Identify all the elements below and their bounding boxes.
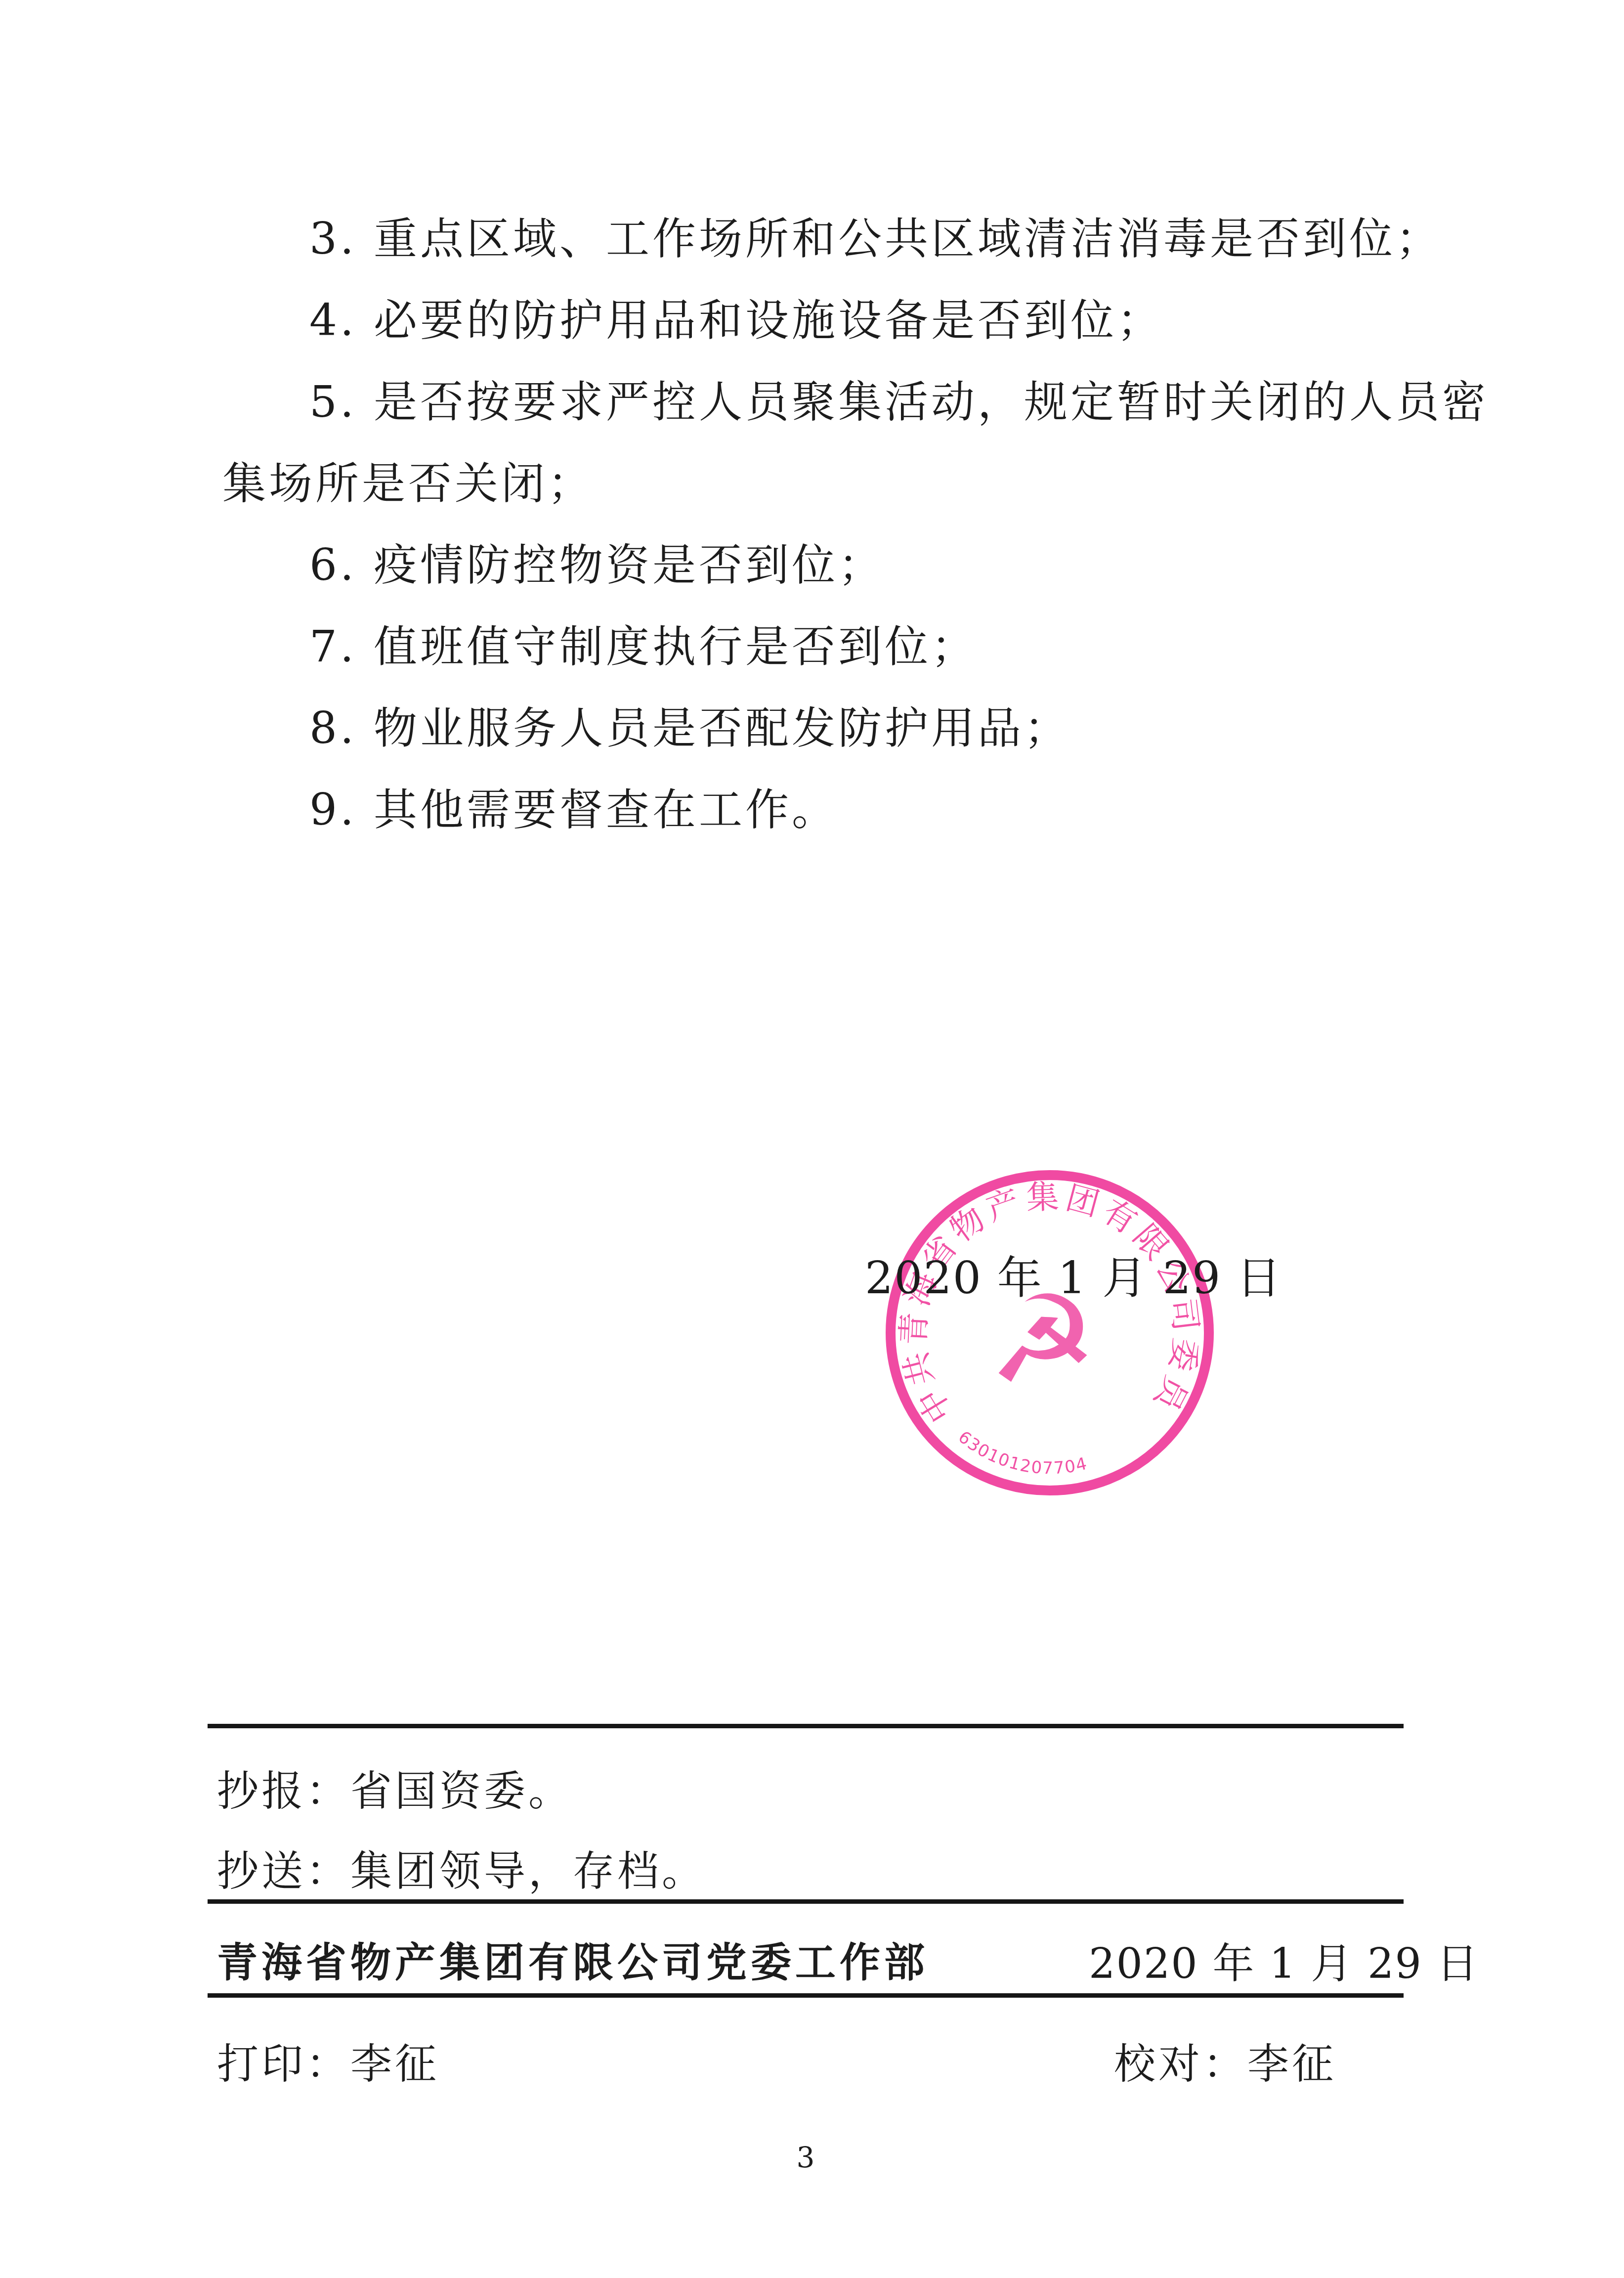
footer-divider-top [208, 1724, 1404, 1728]
footer-divider-middle [208, 1899, 1404, 1904]
document-page: 3. 重点区域、工作场所和公共区域清洁消毒是否到位； 4. 必要的防护用品和设施… [0, 0, 1624, 2278]
official-seal: 中共青海省物产集团有限公司委员会 ☭ 6301012077049 [885, 1169, 1215, 1496]
footer-divider-bottom [208, 1993, 1404, 1998]
list-item: 3. 重点区域、工作场所和公共区域清洁消毒是否到位； [222, 198, 1488, 279]
cc-report-value: 省国资委。 [350, 1767, 573, 1815]
list-item: 8. 物业服务人员是否配发防护用品； [222, 687, 1488, 769]
cc-report-label: 抄报： [217, 1767, 350, 1815]
issuer-row: 青海省物产集团有限公司党委工作部 2020 年 1 月 29 日 [0, 1930, 1624, 1990]
list-item: 6. 疫情防控物资是否到位； [222, 524, 1488, 606]
proofreader-label: 校对： [1114, 2040, 1247, 2088]
printer-line: 打印：李征 [217, 2031, 439, 2091]
list-item-continuation: 集场所是否关闭； [222, 442, 1488, 524]
list-item: 7. 值班值守制度执行是否到位； [222, 606, 1488, 687]
printer-label: 打印： [217, 2040, 350, 2088]
signature-date: 2020 年 1 月 29 日 [865, 1242, 1282, 1306]
page-number: 3 [0, 2141, 1611, 2174]
list-item: 9. 其他需要督查在工作。 [222, 769, 1488, 850]
cc-send-line: 抄送：集团领导，存档。 [217, 1838, 706, 1898]
cc-send-label: 抄送： [217, 1847, 350, 1895]
issuing-department: 青海省物产集团有限公司党委工作部 [217, 1930, 929, 1988]
printer-name: 李征 [350, 2040, 439, 2088]
print-row: 打印：李征 校对：李征 [0, 2031, 1624, 2090]
cc-report-line: 抄报：省国资委。 [217, 1758, 573, 1818]
list-item: 4. 必要的防护用品和设施设备是否到位； [222, 279, 1488, 361]
issue-date: 2020 年 1 月 29 日 [1089, 1930, 1479, 1990]
list-item: 5. 是否按要求严控人员聚集活动，规定暂时关闭的人员密 [222, 361, 1488, 442]
proofreader-name: 李征 [1247, 2040, 1336, 2088]
body-text: 3. 重点区域、工作场所和公共区域清洁消毒是否到位； 4. 必要的防护用品和设施… [222, 198, 1488, 850]
cc-send-value: 集团领导，存档。 [350, 1847, 706, 1895]
proofreader-line: 校对：李征 [1114, 2031, 1336, 2091]
